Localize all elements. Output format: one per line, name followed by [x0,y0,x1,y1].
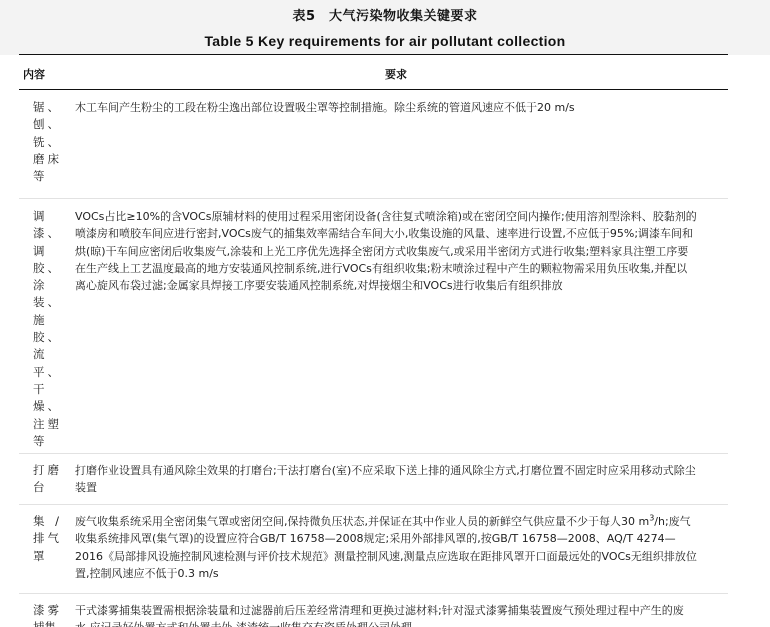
row-content-cell: 集/排气罩 [19,513,73,593]
row-content-cell: 漆雾捕集 [19,602,73,627]
header-content: 内容 [23,66,45,82]
row-requirement-cell: 木工车间产生粉尘的工段在粉尘逸出部位设置吸尘罩等控制措施。除尘系统的管道风速应不… [73,99,728,198]
table-row: 调漆、调胶、涂装、施胶、流平、干燥、注塑等 VOCs占比≥10%的含VOCs原辅… [19,199,728,454]
row-requirement-cell: 干式漆雾捕集装置需根据涂装量和过滤器前后压差经常清理和更换过滤材料;针对湿式漆雾… [73,602,728,627]
row-content-cell: 打磨台 [19,462,73,504]
row-requirement-cell: 废气收集系统采用全密闭集气罩或密闭空间,保持微负压状态,并保证在其中作业人员的新… [73,513,728,593]
row-requirement-cell: VOCs占比≥10%的含VOCs原辅材料的使用过程采用密闭设备(含往复式喷涂箱)… [73,208,728,453]
row-requirement-cell: 打磨作业设置具有通风除尘效果的打磨台;干法打磨台(室)不应采取下送上排的通风除尘… [73,462,728,504]
table-caption-chinese: 表5 大气污染物收集关键要求 [0,5,770,24]
table-row: 锯、刨、铣、磨床等 木工车间产生粉尘的工段在粉尘逸出部位设置吸尘罩等控制措施。除… [19,90,728,199]
requirements-table: 内容 要求 锯、刨、铣、磨床等 木工车间产生粉尘的工段在粉尘逸出部位设置吸尘罩等… [19,54,728,627]
caption-band: 表5 大气污染物收集关键要求 Table 5 Key requirements … [0,0,770,55]
table-row: 漆雾捕集 干式漆雾捕集装置需根据涂装量和过滤器前后压差经常清理和更换过滤材料;针… [19,594,728,627]
header-requirement: 要求 [385,66,407,82]
row-content-cell: 调漆、调胶、涂装、施胶、流平、干燥、注塑等 [19,208,73,453]
table-caption-english: Table 5 Key requirements for air polluta… [0,33,770,49]
row-content-cell: 锯、刨、铣、磨床等 [19,99,73,198]
table-row: 打磨台 打磨作业设置具有通风除尘效果的打磨台;干法打磨台(室)不应采取下送上排的… [19,454,728,505]
requirement-text-part1: 废气收集系统采用全密闭集气罩或密闭空间,保持微负压状态,并保证在其中作业人员的新… [75,515,649,528]
table-row: 集/排气罩 废气收集系统采用全密闭集气罩或密闭空间,保持微负压状态,并保证在其中… [19,505,728,594]
table-header-row: 内容 要求 [19,54,728,90]
